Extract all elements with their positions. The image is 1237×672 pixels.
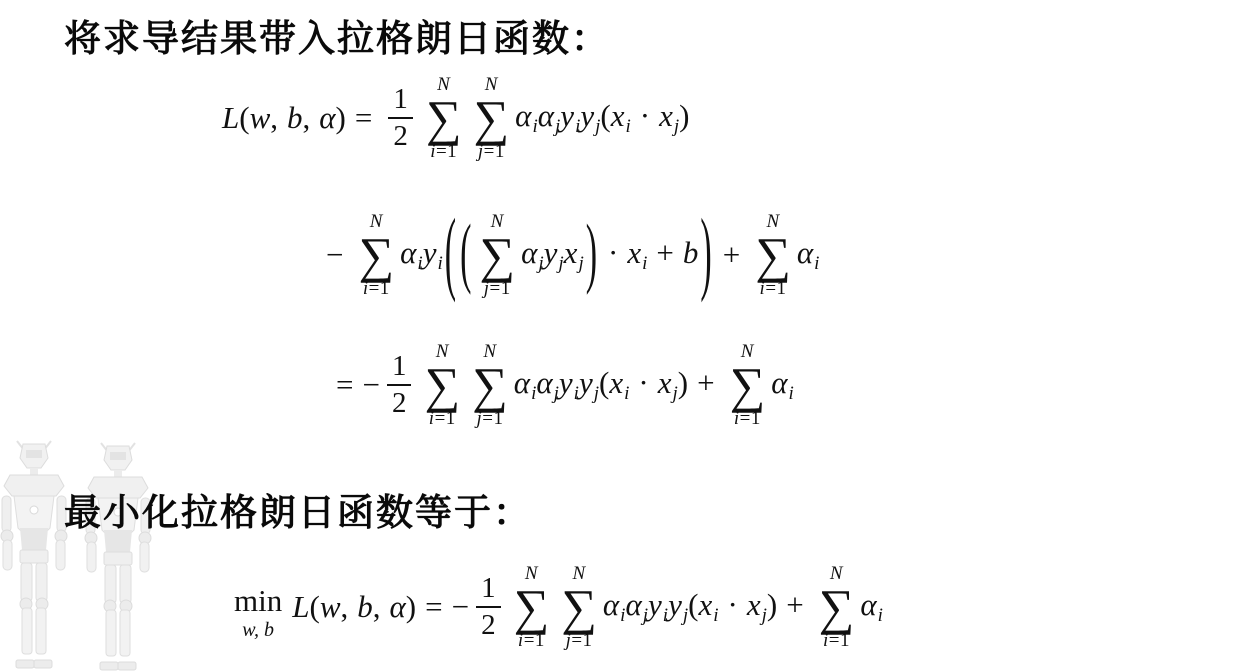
summation-j: N∑j=1 — [479, 212, 515, 299]
sigma-symbol: ∑ — [479, 234, 515, 277]
summation-i: N∑i=1 — [426, 75, 462, 162]
math-run: αiαjyiyj(xi·xj)+ — [603, 586, 813, 628]
paren-big-open: ( — [445, 208, 456, 302]
subscript: i — [713, 605, 718, 626]
sigma-symbol: ∑ — [819, 586, 855, 629]
slide-page: 将求导结果带入拉格朗日函数： L(w,b,α)= 12 N∑i=1 N∑j=1 … — [0, 0, 1237, 672]
heading-minimize-lagrangian: 最小化拉格朗日函数等于： — [64, 482, 532, 536]
sigma-symbol: ∑ — [424, 364, 460, 407]
subscript: j — [578, 253, 583, 274]
sigma-symbol: ∑ — [514, 586, 550, 629]
math-run: αiyi — [400, 234, 443, 276]
subscript: i — [814, 253, 819, 274]
subscript: i — [878, 605, 883, 626]
math-run: αi — [860, 586, 883, 628]
math-run: αjyjxj — [521, 234, 584, 276]
math-run: =− — [336, 366, 380, 403]
summation-i: N∑i=1 — [514, 564, 550, 651]
subscript: i — [437, 253, 442, 274]
sigma-symbol: ∑ — [730, 364, 766, 407]
summation-j: N∑j=1 — [472, 342, 508, 429]
math-run: αiαjyiyj(xi·xj) — [515, 97, 689, 139]
sigma-symbol: ∑ — [358, 234, 394, 277]
summation-i: N∑i=1 — [755, 212, 791, 299]
math-run: αiαjyiyj(xi·xj)+ — [514, 364, 724, 406]
summation-i: N∑i=1 — [424, 342, 460, 429]
subscript: i — [789, 383, 794, 404]
heading-substitute-derivatives: 将求导结果带入拉格朗日函数： — [64, 8, 610, 62]
formula-line-2: − N∑i=1 αiyi ( ( N∑j=1 αjyjxj ) ·xi+b ) … — [326, 192, 819, 318]
fraction-one-half: 12 — [388, 85, 413, 151]
math-run: L(w,b,α)= — [222, 99, 381, 136]
paren-big-open: ( — [460, 216, 471, 294]
summation-j: N∑j=1 — [474, 75, 510, 162]
summation-i: N∑i=1 — [819, 564, 855, 651]
fraction-one-half: 12 — [387, 352, 412, 418]
formula-line-1: L(w,b,α)= 12 N∑i=1 N∑j=1 αiαjyiyj(xi·xj) — [222, 66, 689, 170]
sigma-symbol: ∑ — [755, 234, 791, 277]
math-run: − — [326, 236, 343, 273]
formula-line-4: minw, b L(w,b,α)=− 12 N∑i=1 N∑j=1 αiαjyi… — [234, 548, 883, 666]
min-operator: minw, b — [234, 585, 282, 640]
summation-i: N∑i=1 — [730, 342, 766, 429]
subscript: i — [624, 383, 629, 404]
robots-watermark — [0, 436, 170, 672]
math-run: αi — [797, 234, 820, 276]
sigma-symbol: ∑ — [474, 97, 510, 140]
math-run: ·xi+b — [599, 234, 698, 276]
formula-line-3: =− 12 N∑i=1 N∑j=1 αiαjyiyj(xi·xj)+ N∑i=1… — [336, 326, 794, 444]
sigma-symbol: ∑ — [426, 97, 462, 140]
subscript: i — [642, 253, 647, 274]
math-run: + — [714, 236, 749, 273]
summation-j: N∑j=1 — [561, 564, 597, 651]
subscript: i — [625, 116, 630, 137]
summation-i: N∑i=1 — [358, 212, 394, 299]
paren-big-close: ) — [586, 216, 597, 294]
sigma-symbol: ∑ — [561, 586, 597, 629]
math-run: αi — [771, 364, 794, 406]
math-run: L(w,b,α)=− — [292, 588, 469, 625]
paren-big-close: ) — [700, 208, 711, 302]
sigma-symbol: ∑ — [472, 364, 508, 407]
fraction-one-half: 12 — [476, 574, 501, 640]
